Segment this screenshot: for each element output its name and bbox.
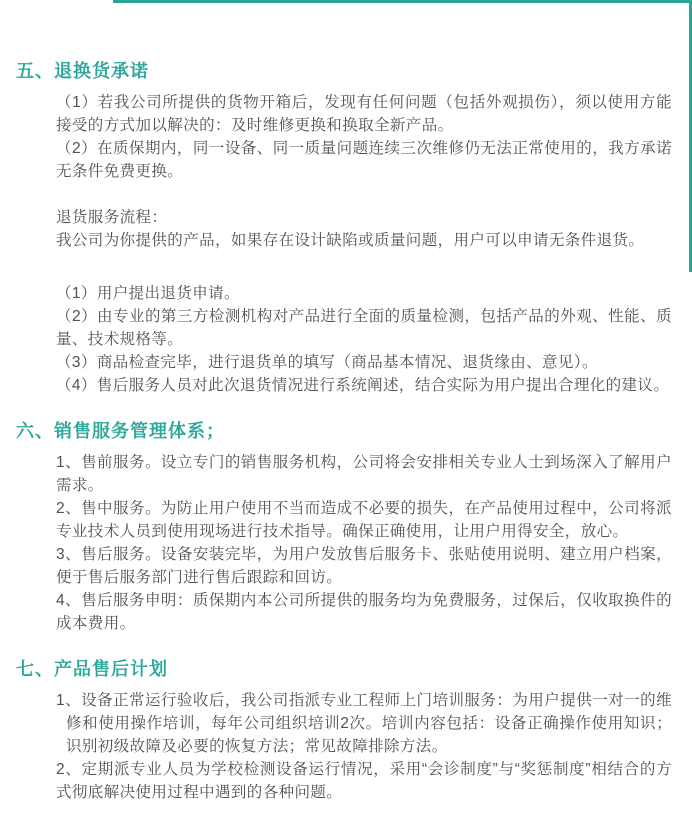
list-item: 1、设备正常运行验收后，我公司指派专业工程师上门培训服务：为用户提供一对一的维修… <box>0 689 692 758</box>
section-return-exchange-commitment: 五、退换货承诺 （1）若我公司所提供的货物开箱后，发现有任何问题（包括外观损伤）… <box>0 58 692 397</box>
paragraph: 退货服务流程： <box>0 206 692 229</box>
list-item: （3）商品检查完毕，进行退货单的填写（商品基本情况、退货缘由、意见）。 <box>0 351 692 374</box>
list-item: （4）售后服务人员对此次退货情况进行系统阐述，结合实际为用户提出合理化的建议。 <box>0 374 692 397</box>
list-item: 3、售后服务。设备安装完毕，为用户发放售后服务卡、张贴使用说明、建立用户档案，便… <box>0 543 692 589</box>
list-item: 4、售后服务申明：质保期内本公司所提供的服务均为免费服务，过保后，仅收取换件的成… <box>0 589 692 635</box>
paragraph: （1）若我公司所提供的货物开箱后，发现有任何问题（包括外观损伤），须以使用方能接… <box>0 91 692 137</box>
section-heading: 六、销售服务管理体系； <box>16 418 692 444</box>
list-item: （1）用户提出退货申请。 <box>0 282 692 305</box>
document-page: 五、退换货承诺 （1）若我公司所提供的货物开箱后，发现有任何问题（包括外观损伤）… <box>0 0 692 833</box>
list-item: 1、售前服务。设立专门的销售服务机构，公司将会安排相关专业人士到场深入了解用户需… <box>0 451 692 497</box>
section-heading: 七、产品售后计划 <box>16 656 692 682</box>
paragraph: 我公司为你提供的产品，如果存在设计缺陷或质量问题，用户可以申请无条件退货。 <box>0 229 692 252</box>
list-item: （2）由专业的第三方检测机构对产品进行全面的质量检测，包括产品的外观、性能、质量… <box>0 305 692 351</box>
section-sales-service-system: 六、销售服务管理体系； 1、售前服务。设立专门的销售服务机构，公司将会安排相关专… <box>0 418 692 635</box>
list-item: 2、售中服务。为防止用户使用不当而造成不必要的损失，在产品使用过程中，公司将派专… <box>0 497 692 543</box>
list-item: 2、定期派专业人员为学校检测设备运行情况，采用“会诊制度”与“奖惩制度”相结合的… <box>0 758 692 804</box>
section-heading: 五、退换货承诺 <box>16 58 692 84</box>
paragraph: （2）在质保期内，同一设备、同一质量问题连续三次维修仍无法正常使用的，我方承诺无… <box>0 137 692 183</box>
top-accent-line <box>113 0 692 3</box>
section-aftersales-plan: 七、产品售后计划 1、设备正常运行验收后，我公司指派专业工程师上门培训服务：为用… <box>0 656 692 804</box>
